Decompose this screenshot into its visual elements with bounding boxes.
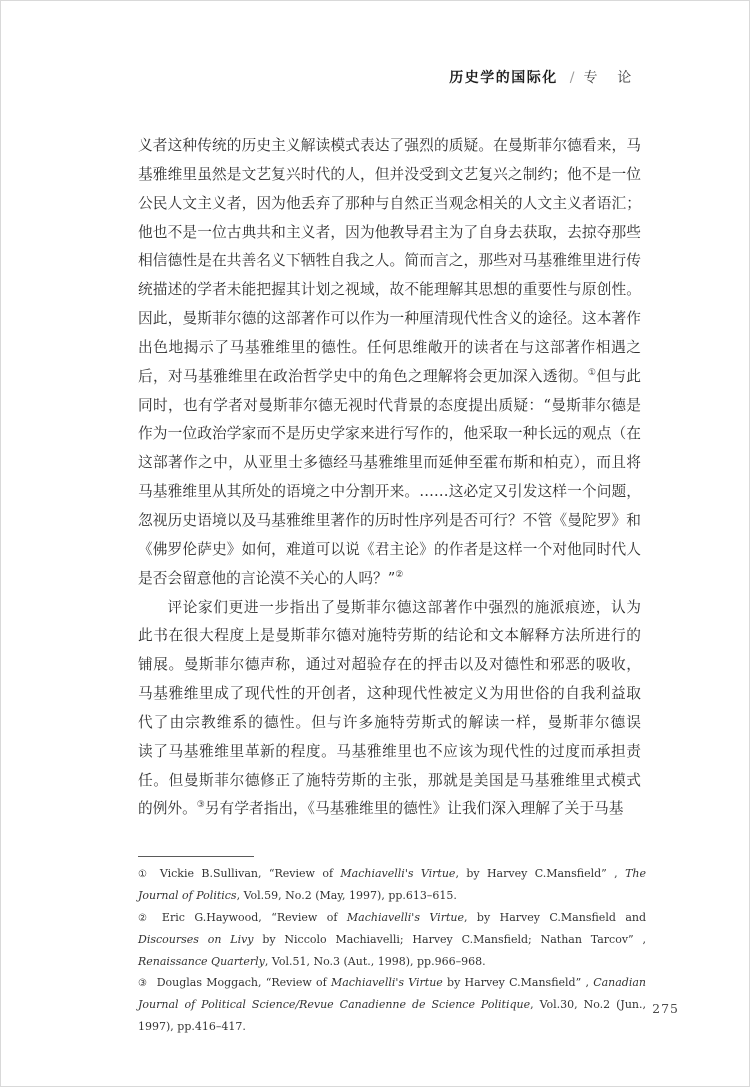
- text-line: 马基雅维里成了现代性的开创者，这种现代性被定义为用世俗的自我利益取: [138, 680, 641, 709]
- footnote: ①Vickie B.Sullivan, “Review of Machiavel…: [138, 863, 646, 907]
- header-separator: /: [570, 70, 575, 86]
- footnote-ref: ③: [197, 801, 205, 811]
- running-header: 历史学的国际化/专 论: [449, 67, 639, 87]
- scanned-book-page: { "header": { "section_title": "历史学的国际化"…: [0, 0, 750, 1087]
- footnote: ②Eric G.Haywood, “Review of Machiavelli'…: [138, 907, 646, 972]
- text-line: 忽视历史语境以及马基雅维里著作的历时性序列是否可行？不管《曼陀罗》和: [138, 507, 641, 536]
- footnote-marker: ③: [138, 978, 148, 989]
- header-section-title: 历史学的国际化: [449, 70, 558, 86]
- text-line: 代了由宗教维系的德性。但与许多施特劳斯式的解读一样，曼斯菲尔德误: [138, 709, 641, 738]
- footnote-ref: ②: [395, 570, 403, 580]
- text-line: 后，对马基雅维里在政治哲学史中的角色之理解将会更加深入透彻。①但与此: [138, 363, 641, 392]
- text-line: 任。但曼斯菲尔德修正了施特劳斯的主张，那就是美国是马基雅维里式模式: [138, 767, 641, 796]
- text-line: 统描述的学者未能把握其计划之视域，故不能理解其思想的重要性与原创性。: [138, 276, 641, 305]
- text-line: 出色地揭示了马基雅维里的德性。任何思维敞开的读者在与这部著作相遇之: [138, 334, 641, 363]
- footnote-marker: ②: [138, 913, 153, 924]
- header-column-label: 专 论: [583, 70, 639, 86]
- paragraph-1: 义者这种传统的历史主义解读模式表达了强烈的质疑。在曼斯菲尔德看来，马基雅维里虽然…: [138, 132, 641, 594]
- footnote-ref: ①: [588, 368, 596, 378]
- text-line: 因此，曼斯菲尔德的这部著作可以作为一种厘清现代性含义的途径。这本著作: [138, 305, 641, 334]
- text-line: 是否会留意他的言论漠不关心的人吗？”②: [138, 565, 641, 594]
- text-line: 马基雅维里从其所处的语境之中分割开来。……这必定又引发这样一个问题，: [138, 478, 641, 507]
- text-line: 铺展。曼斯菲尔德声称，通过对超验存在的抨击以及对德性和邪恶的吸收，: [138, 651, 641, 680]
- text-line: 读了马基雅维里革新的程度。马基雅维里也不应该为现代性的过度而承担责: [138, 738, 641, 767]
- text-line: 这部著作之中，从亚里士多德经马基雅维里而延伸至霍布斯和柏克），而且将: [138, 449, 641, 478]
- paragraph-2: 评论家们更进一步指出了曼斯菲尔德这部著作中强烈的施派痕迹，认为此书在很大程度上是…: [138, 594, 641, 825]
- text-line: 评论家们更进一步指出了曼斯菲尔德这部著作中强烈的施派痕迹，认为: [138, 594, 641, 623]
- text-line: 作为一位政治学家而不是历史学家来进行写作的，他采取一种长远的观点（在: [138, 420, 641, 449]
- text-line: 义者这种传统的历史主义解读模式表达了强烈的质疑。在曼斯菲尔德看来，马: [138, 132, 641, 161]
- footnote-separator-rule: [138, 856, 254, 857]
- text-line: 基雅维里虽然是文艺复兴时代的人，但并没受到文艺复兴之制约；他不是一位: [138, 161, 641, 190]
- text-line: 《佛罗伦萨史》如何，难道可以说《君主论》的作者是这样一个对他同时代人: [138, 536, 641, 565]
- footnote-marker: ①: [138, 869, 151, 880]
- footnotes-block: ①Vickie B.Sullivan, “Review of Machiavel…: [138, 863, 646, 1037]
- text-line: 公民人文主义者，因为他丢弃了那种与自然正当观念相关的人文主义者语汇；: [138, 190, 641, 219]
- page-number: 275: [652, 1001, 679, 1016]
- text-line: 的例外。③另有学者指出，《马基雅维里的德性》让我们深入理解了关于马基: [138, 795, 641, 824]
- text-line: 相信德性是在共善名义下牺牲自我之人。简而言之，那些对马基雅维里进行传: [138, 247, 641, 276]
- footnote: ③Douglas Moggach, “Review of Machiavelli…: [138, 972, 646, 1037]
- text-line: 同时，也有学者对曼斯菲尔德无视时代背景的态度提出质疑：“曼斯菲尔德是: [138, 392, 641, 421]
- text-line: 他也不是一位古典共和主义者，因为他教导君主为了自身去获取，去掠夺那些: [138, 219, 641, 248]
- main-text-block: 义者这种传统的历史主义解读模式表达了强烈的质疑。在曼斯菲尔德看来，马基雅维里虽然…: [138, 132, 641, 824]
- text-line: 此书在很大程度上是曼斯菲尔德对施特劳斯的结论和文本解释方法所进行的: [138, 622, 641, 651]
